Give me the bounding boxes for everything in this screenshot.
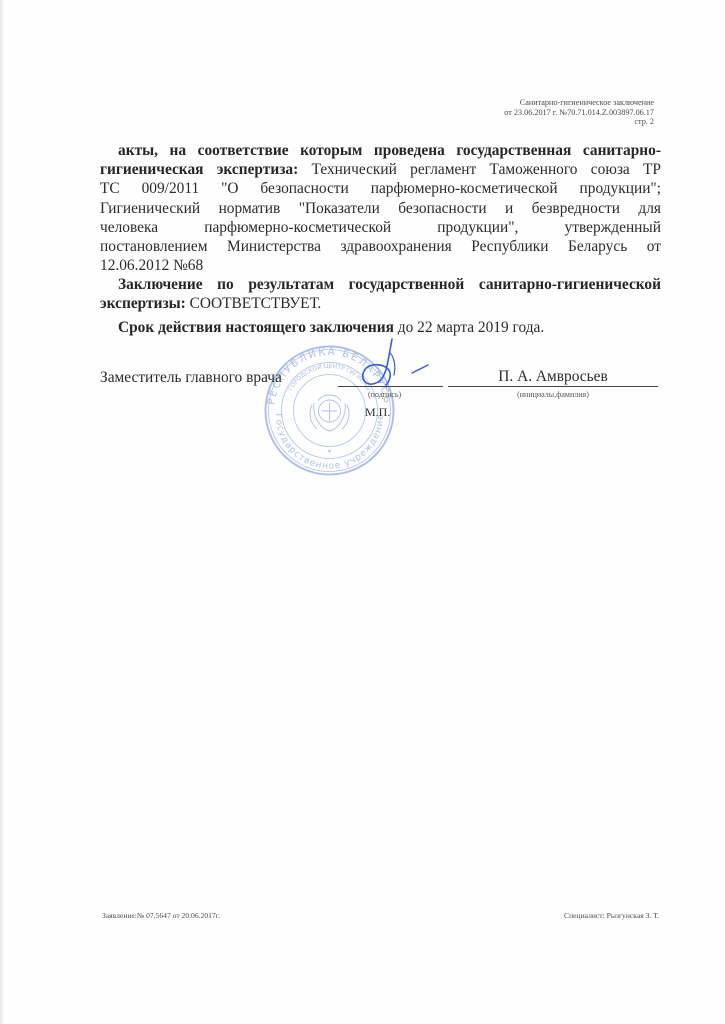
- svg-text:Государственное учреждение: Государственное учреждение: [273, 413, 386, 471]
- acts-text-line6: постановлением Министерства здравоохране…: [100, 237, 661, 256]
- acts-heading-line2: гигиеническая экспертиза:: [100, 161, 298, 178]
- conclusion-paragraph: Заключение по результатам государственно…: [100, 275, 661, 313]
- name-caption: (инициалы,фамилия): [448, 390, 658, 399]
- signer-role: Заместитель главного врача: [100, 369, 282, 387]
- seal-label: М.П.: [365, 405, 390, 420]
- header-page-number: стр. 2: [504, 117, 654, 127]
- acts-paragraph: акты, на соответствие которым проведена …: [100, 141, 661, 275]
- conclusion-label: Заключение по результатам государственно…: [100, 276, 661, 312]
- header-doc-number: от 23.06.2017 г. №70.71.014.Z.003897.06.…: [504, 108, 654, 118]
- signature-line: [338, 386, 443, 387]
- signer-name: П. А. Амвросьев: [448, 368, 658, 386]
- page-header: Санитарно-гигиеническое заключение от 23…: [504, 98, 654, 127]
- signature-caption: (подпись): [368, 390, 401, 399]
- document-page: Санитарно-гигиеническое заключение от 23…: [0, 0, 725, 1024]
- conclusion-value: СООТВЕТСТВУЕТ.: [186, 295, 322, 312]
- signature-block: Заместитель главного врача (подпись) М.П…: [100, 369, 661, 409]
- validity-label: Срок действия настоящего заключения: [118, 319, 394, 336]
- acts-text-line3: ТС 009/2011 "О безопасности парфюмерно-к…: [100, 179, 661, 198]
- acts-text-line2: Технический регламент Таможенного союза …: [298, 161, 661, 178]
- header-doc-title: Санитарно-гигиеническое заключение: [504, 98, 654, 108]
- validity-value: до 22 марта 2019 года.: [394, 319, 544, 336]
- validity-paragraph: Срок действия настоящего заключения до 2…: [100, 318, 661, 337]
- acts-text-line7: 12.06.2012 №68: [100, 256, 661, 275]
- acts-heading-line1: акты, на соответствие которым проведена …: [118, 142, 661, 159]
- acts-text-line4: Гигиенический норматив "Показатели безоп…: [100, 199, 661, 218]
- name-line: [448, 386, 658, 387]
- acts-text-line5: человека парфюмерно-косметической продук…: [100, 218, 661, 237]
- footer-specialist: Специалист: Рызгунская З. Т.: [564, 911, 659, 920]
- footer-application-ref: Заявление:№ 07.5647 от 20.06.2017г.: [102, 911, 220, 920]
- scan-edge: [0, 0, 4, 1024]
